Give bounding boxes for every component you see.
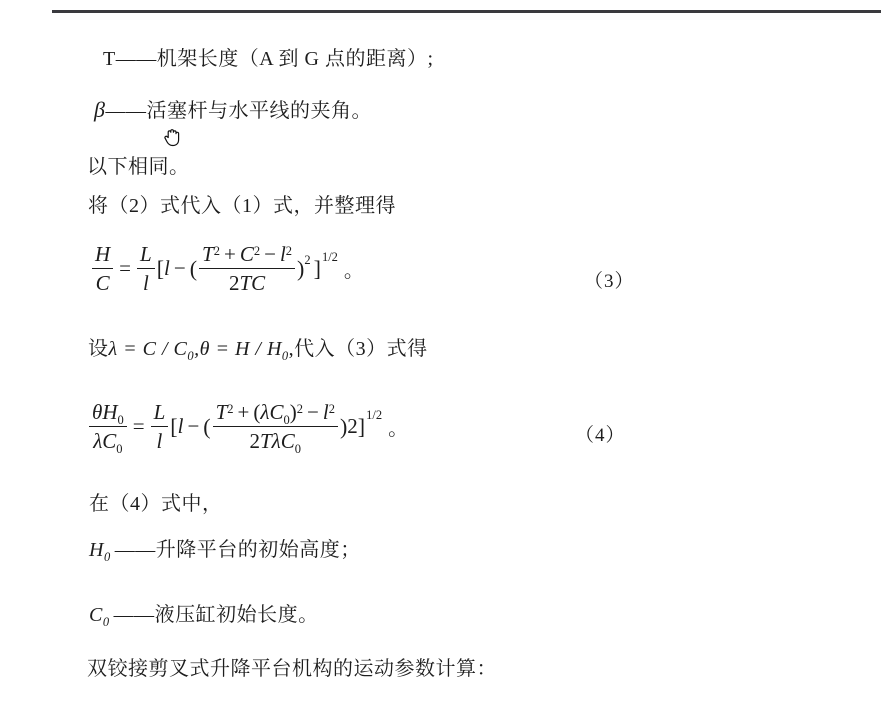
superscript-2: 2 bbox=[227, 403, 233, 416]
eq4-inner-numerator: T2 + (λC0)2 − l2 bbox=[213, 400, 338, 424]
equals-sign: = bbox=[133, 414, 145, 439]
eq4-inner-fraction: T2 + (λC0)2 − l2 2TλC0 bbox=[213, 400, 338, 453]
var-T: T bbox=[216, 400, 228, 424]
var-C: C bbox=[240, 242, 254, 266]
fraction-bar bbox=[151, 426, 169, 427]
superscript-one-half: 1/2 bbox=[366, 409, 382, 422]
var-H: H bbox=[89, 539, 104, 561]
fraction-bar bbox=[92, 268, 113, 269]
plus-sign: + bbox=[238, 400, 250, 424]
eq4-lhs-denominator: λC0 bbox=[90, 429, 125, 453]
minus-sign: − bbox=[174, 256, 186, 281]
fraction-bar bbox=[137, 268, 155, 269]
eq3-inner-denominator: 2TC bbox=[226, 271, 268, 295]
subscript-0: 0 bbox=[117, 414, 123, 427]
eq4-l-term: l bbox=[178, 414, 184, 439]
subscript-0: 0 bbox=[104, 550, 111, 564]
math-lambda-equals: λ = C / C bbox=[109, 338, 188, 360]
superscript-2: 2 bbox=[329, 403, 335, 416]
line-final-calculation: 双铰接剪叉式升降平台机构的运动参数计算： bbox=[87, 656, 497, 682]
minus-sign: − bbox=[307, 400, 319, 424]
equation-4-number: （4） bbox=[575, 420, 626, 447]
cjk-period: 。 bbox=[388, 412, 409, 441]
eq3-lhs-fraction: H C bbox=[92, 242, 113, 295]
line-c0-definition: C0——液压缸初始长度。 bbox=[89, 602, 319, 630]
beta-symbol: β bbox=[94, 97, 105, 122]
var-C: C bbox=[89, 604, 103, 626]
vars-T-lambda-C: TλC bbox=[260, 429, 295, 453]
vars-theta-H: θH bbox=[92, 400, 117, 424]
equation-4: θH0 λC0 = L l [ l − ( T2 + (λC0)2 − l2 bbox=[87, 400, 409, 453]
set-tail: ,代入（3）式得 bbox=[289, 338, 428, 360]
document-page[interactable]: T——机架长度（A 到 G 点的距离）; β——活塞杆与水平线的夹角。 以下相同… bbox=[0, 0, 881, 722]
fraction-bar bbox=[213, 426, 338, 427]
c0-definition-text: ——液压缸初始长度。 bbox=[114, 604, 319, 626]
minus-sign: − bbox=[187, 414, 199, 439]
plain-two: 2 bbox=[347, 414, 358, 439]
open-paren: ( bbox=[190, 256, 197, 282]
set-prefix: 设 bbox=[88, 338, 109, 360]
open-paren: ( bbox=[203, 414, 210, 440]
math-theta-equals: ,θ = H / H bbox=[194, 338, 282, 360]
eq3-l-term: l bbox=[164, 256, 170, 281]
superscript-one-half: 1/2 bbox=[322, 251, 338, 264]
line-t-definition: T——机架长度（A 到 G 点的距离）; bbox=[103, 46, 434, 72]
equation-3-number: （3） bbox=[584, 266, 635, 293]
eq4-coef-numerator: L bbox=[151, 400, 169, 424]
superscript-2: 2 bbox=[304, 254, 310, 267]
subscript-0: 0 bbox=[187, 349, 194, 363]
page-top-rule bbox=[52, 10, 881, 13]
fraction-bar bbox=[199, 268, 295, 269]
subscript-0: 0 bbox=[116, 443, 122, 456]
close-bracket: ] bbox=[314, 256, 321, 282]
subscript-0: 0 bbox=[295, 443, 301, 456]
close-paren: ) bbox=[297, 256, 304, 282]
subscript-0: 0 bbox=[284, 414, 290, 427]
minus-sign: − bbox=[264, 242, 276, 266]
line-same-below: 以下相同。 bbox=[87, 154, 190, 180]
eq3-lhs-denominator: C bbox=[93, 271, 113, 295]
line-substitute: 将（2）式代入（1）式，并整理得 bbox=[88, 193, 396, 219]
close-paren: ) bbox=[290, 400, 297, 424]
close-bracket: ] bbox=[358, 414, 365, 440]
close-paren: ) bbox=[340, 414, 347, 440]
eq3-coef-fraction: L l bbox=[137, 242, 155, 295]
subscript-0: 0 bbox=[282, 349, 289, 363]
eq3-inner-fraction: T2 + C2 − l2 2TC bbox=[199, 242, 295, 295]
line-beta-definition: β——活塞杆与水平线的夹角。 bbox=[94, 97, 372, 124]
eq4-lhs-numerator: θH0 bbox=[89, 400, 127, 424]
equation-3: H C = L l [ l − ( T2 + C2 − l2 2TC ) bbox=[90, 242, 364, 295]
vars-TC: TC bbox=[239, 271, 265, 295]
vars-lambda-C: λC bbox=[93, 429, 116, 453]
superscript-2: 2 bbox=[286, 245, 292, 258]
subscript-0: 0 bbox=[103, 615, 110, 629]
eq4-lhs-fraction: θH0 λC0 bbox=[89, 400, 127, 453]
cjk-period: 。 bbox=[344, 254, 365, 283]
coefficient-2: 2 bbox=[250, 429, 261, 453]
equals-sign: = bbox=[119, 256, 131, 281]
eq3-coef-denominator: l bbox=[140, 271, 152, 295]
eq4-coef-fraction: L l bbox=[151, 400, 169, 453]
line-h0-definition: H0——升降平台的初始高度； bbox=[89, 537, 361, 565]
open-bracket: [ bbox=[157, 256, 164, 282]
superscript-2: 2 bbox=[254, 245, 260, 258]
superscript-2: 2 bbox=[297, 403, 303, 416]
vars-lambda-C: λC bbox=[260, 400, 283, 424]
line-set-variables: 设λ = C / C0,θ = H / H0,代入（3）式得 bbox=[88, 336, 428, 364]
coefficient-2: 2 bbox=[229, 271, 240, 295]
eq4-coef-denominator: l bbox=[154, 429, 166, 453]
superscript-2: 2 bbox=[214, 245, 220, 258]
eq3-lhs-numerator: H bbox=[92, 242, 113, 266]
var-T: T bbox=[202, 242, 214, 266]
hand-grab-cursor-icon bbox=[161, 126, 185, 150]
open-bracket: [ bbox=[170, 414, 177, 440]
plus-sign: + bbox=[224, 242, 236, 266]
eq3-inner-numerator: T2 + C2 − l2 bbox=[199, 242, 295, 266]
h0-definition-text: ——升降平台的初始高度； bbox=[115, 539, 361, 561]
beta-definition-text: ——活塞杆与水平线的夹角。 bbox=[105, 100, 372, 122]
line-in-eq4: 在（4）式中， bbox=[89, 491, 223, 517]
eq4-inner-denominator: 2TλC0 bbox=[247, 429, 305, 453]
eq3-coef-numerator: L bbox=[137, 242, 155, 266]
